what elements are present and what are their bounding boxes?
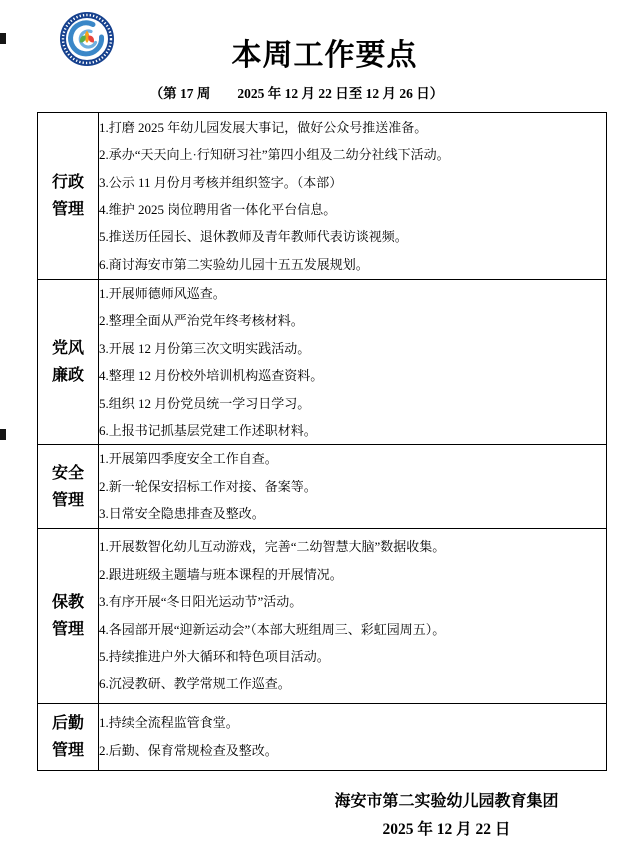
work-item: 3.日常安全隐患排查及整改。: [99, 500, 606, 527]
items-cell-care-education: 1.开展数智化幼儿互动游戏，完善“二幼智慧大脑”数据收集。 2.跟进班级主题墙与…: [99, 528, 607, 703]
page-title: 本周工作要点: [0, 39, 633, 73]
work-item: 1.开展第四季度安全工作自查。: [99, 445, 606, 472]
items-cell-safety: 1.开展第四季度安全工作自查。 2.新一轮保安招标工作对接、备案等。 3.日常安…: [99, 445, 607, 528]
category-cell-administration: 行政 管理: [38, 113, 99, 280]
footer-organization-text: 海安市第二实验幼儿园教育集团: [334, 793, 558, 810]
footer-date-text: 2025 年 12 月 22 日: [383, 821, 511, 838]
footer-organization: 海安市第二实验幼儿园教育集团: [0, 788, 633, 811]
category-label-line: 管理: [38, 616, 98, 643]
work-item: 5.持续推进户外大循环和特色项目活动。: [99, 643, 606, 670]
work-item: 4.维护 2025 岗位聘用省一体化平台信息。: [99, 196, 606, 223]
category-label-line: 管理: [38, 487, 98, 514]
work-item: 5.推送历任园长、退休教师及青年教师代表访谈视频。: [99, 223, 606, 250]
category-label-line: 管理: [38, 196, 98, 223]
table-row-safety: 安全 管理 1.开展第四季度安全工作自查。 2.新一轮保安招标工作对接、备案等。…: [38, 445, 607, 528]
work-item: 1.持续全流程监管食堂。: [99, 709, 606, 736]
work-item: 1.打磨 2025 年幼儿园发展大事记，做好公众号推送准备。: [99, 114, 606, 141]
scan-artifact: [0, 429, 6, 440]
work-item: 6.商讨海安市第二实验幼儿园十五五发展规划。: [99, 251, 606, 278]
work-item: 1.开展师德师风巡查。: [99, 280, 606, 307]
category-label-line: 后勤: [38, 710, 98, 737]
items-cell-party-conduct: 1.开展师德师风巡查。 2.整理全面从严治党年终考核材料。 3.开展 12 月份…: [99, 280, 607, 445]
weekly-work-table: 行政 管理 1.打磨 2025 年幼儿园发展大事记，做好公众号推送准备。 2.承…: [37, 112, 607, 771]
items-cell-logistics: 1.持续全流程监管食堂。 2.后勤、保育常规检查及整改。: [99, 703, 607, 770]
table-row-care-education: 保教 管理 1.开展数智化幼儿互动游戏，完善“二幼智慧大脑”数据收集。 2.跟进…: [38, 528, 607, 703]
table-row-administration: 行政 管理 1.打磨 2025 年幼儿园发展大事记，做好公众号推送准备。 2.承…: [38, 113, 607, 280]
category-label-line: 保教: [38, 589, 98, 616]
category-cell-care-education: 保教 管理: [38, 528, 99, 703]
work-item: 2.新一轮保安招标工作对接、备案等。: [99, 473, 606, 500]
work-item: 5.组织 12 月份党员统一学习日学习。: [99, 390, 606, 417]
category-label-line: 党风: [38, 335, 98, 362]
work-item: 6.上报书记抓基层党建工作述职材料。: [99, 417, 606, 444]
work-item: 2.整理全面从严治党年终考核材料。: [99, 307, 606, 334]
table-row-party-conduct: 党风 廉政 1.开展师德师风巡查。 2.整理全面从严治党年终考核材料。 3.开展…: [38, 280, 607, 445]
work-item: 4.整理 12 月份校外培训机构巡查资料。: [99, 362, 606, 389]
work-item: 1.开展数智化幼儿互动游戏，完善“二幼智慧大脑”数据收集。: [99, 533, 606, 560]
category-cell-safety: 安全 管理: [38, 445, 99, 528]
table-row-logistics: 后勤 管理 1.持续全流程监管食堂。 2.后勤、保育常规检查及整改。: [38, 703, 607, 770]
category-label-line: 廉政: [38, 362, 98, 389]
work-item: 2.后勤、保育常规检查及整改。: [99, 737, 606, 764]
document-page: 本周工作要点 （第 17 周 2025 年 12 月 22 日至 12 月 26…: [0, 0, 633, 850]
work-item: 3.公示 11 月份月考核并组织签字。（本部）: [99, 169, 606, 196]
footer-date: 2025 年 12 月 22 日: [0, 817, 633, 839]
work-item: 6.沉浸教研、教学常规工作巡查。: [99, 670, 606, 697]
page-subtitle-text: （第 17 周 2025 年 12 月 22 日至 12 月 26 日）: [150, 86, 444, 101]
work-item: 2.承办“天天向上·行知研习社”第四小组及二幼分社线下活动。: [99, 141, 606, 168]
items-cell-administration: 1.打磨 2025 年幼儿园发展大事记，做好公众号推送准备。 2.承办“天天向上…: [99, 113, 607, 280]
page-subtitle: （第 17 周 2025 年 12 月 22 日至 12 月 26 日）: [0, 85, 633, 103]
work-item: 3.有序开展“冬日阳光运动节”活动。: [99, 588, 606, 615]
category-label-line: 管理: [38, 737, 98, 764]
category-cell-party-conduct: 党风 廉政: [38, 280, 99, 445]
category-label-line: 安全: [38, 460, 98, 487]
work-item: 4.各园部开展“迎新运动会”（本部大班组周三、彩虹园周五）。: [99, 616, 606, 643]
page-title-text: 本周工作要点: [232, 39, 418, 72]
category-cell-logistics: 后勤 管理: [38, 703, 99, 770]
category-label-line: 行政: [38, 169, 98, 196]
work-item: 3.开展 12 月份第三次文明实践活动。: [99, 335, 606, 362]
work-item: 2.跟进班级主题墙与班本课程的开展情况。: [99, 561, 606, 588]
